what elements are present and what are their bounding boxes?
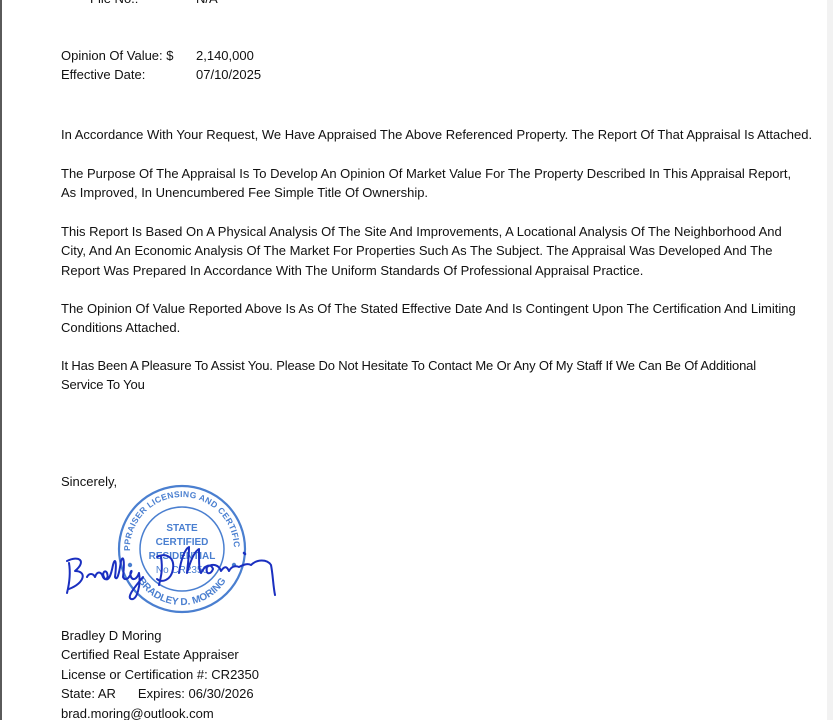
- salutation: Sincerely,: [61, 472, 117, 491]
- paragraph-purpose: The Purpose Of The Appraisal Is To Devel…: [61, 164, 791, 203]
- paragraph-request: In Accordance With Your Request, We Have…: [61, 125, 812, 144]
- paragraph-line: The Opinion Of Value Reported Above Is A…: [61, 299, 796, 318]
- paragraph-line: Report Was Prepared In Accordance With T…: [61, 261, 782, 280]
- page-left-border: [0, 0, 2, 720]
- paragraph-line: It Has Been A Pleasure To Assist You. Pl…: [61, 356, 756, 375]
- file-no-label: File No.:: [90, 0, 138, 6]
- effective-date: 07/10/2025: [196, 67, 261, 82]
- state-expires-row: State: ARExpires: 06/30/2026: [61, 684, 259, 703]
- license-state: State: AR: [61, 686, 116, 701]
- paragraph-line: Service To You: [61, 375, 756, 394]
- paragraph-line: City, And An Economic Analysis Of The Ma…: [61, 241, 782, 260]
- paragraph-line: This Report Is Based On A Physical Analy…: [61, 222, 782, 241]
- license-expires: Expires: 06/30/2026: [138, 686, 254, 701]
- signer-details: Bradley D Moring Certified Real Estate A…: [61, 626, 259, 720]
- signer-name: Bradley D Moring: [61, 626, 259, 645]
- signer-title: Certified Real Estate Appraiser: [61, 645, 259, 664]
- license-number: License or Certification #: CR2350: [61, 665, 259, 684]
- paragraph-contingency: The Opinion Of Value Reported Above Is A…: [61, 299, 796, 338]
- signer-email[interactable]: brad.moring@outlook.com: [61, 704, 259, 720]
- opinion-of-value-label: Opinion Of Value: $: [61, 48, 174, 63]
- paragraph-line: As Improved, In Unencumbered Fee Simple …: [61, 183, 791, 202]
- paragraph-line: In Accordance With Your Request, We Have…: [61, 125, 812, 144]
- signature-icon: [61, 515, 291, 605]
- paragraph-basis: This Report Is Based On A Physical Analy…: [61, 222, 782, 280]
- paragraph-line: Conditions Attached.: [61, 318, 796, 337]
- paragraph-line: The Purpose Of The Appraisal Is To Devel…: [61, 164, 791, 183]
- file-no-value: N/A: [196, 0, 218, 6]
- paragraph-closing: It Has Been A Pleasure To Assist You. Pl…: [61, 356, 756, 395]
- opinion-of-value: 2,140,000: [196, 48, 254, 63]
- effective-date-label: Effective Date:: [61, 67, 145, 82]
- page-right-margin: [827, 0, 833, 720]
